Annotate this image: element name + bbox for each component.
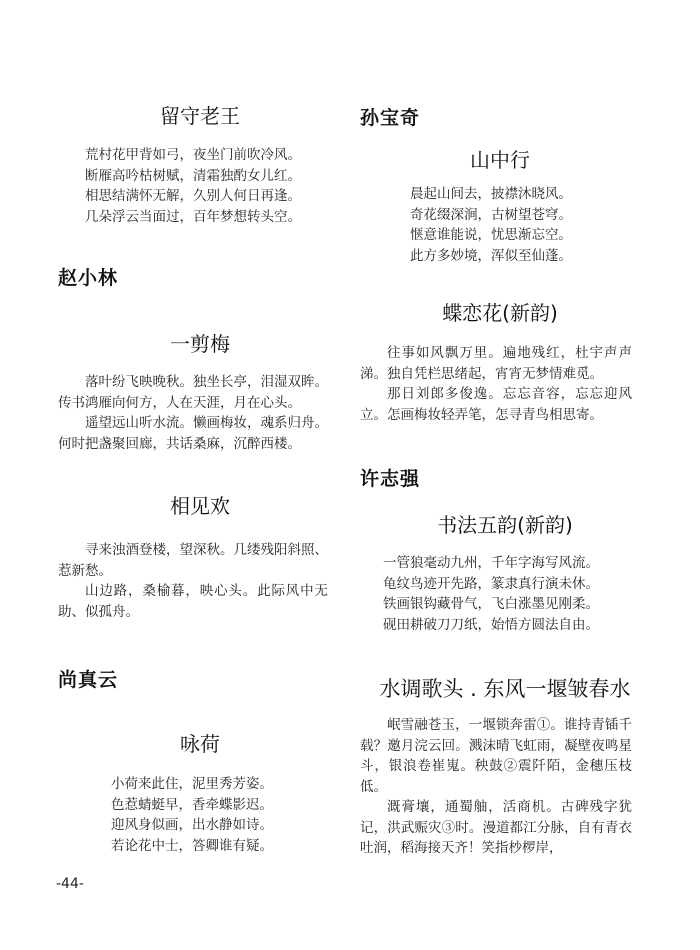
poem-body-shufa-wuyun: 一管狼毫动九州，千年字海写风流。 龟纹鸟迹开先路，篆隶真行演未休。 铁画银钩藏骨…	[383, 553, 599, 635]
poem-title-shufa-wuyun: 书法五韵(新韵)	[360, 512, 650, 538]
stanza: 岷雪融苍玉，一堰锁奔雷①。谁持青锸千载？邀月浣云回。溅沫晴飞虹雨，凝壁夜鸣星斗，…	[360, 715, 632, 797]
stanza: 往事如风飘万里。遍地残红，杜宇声声涕。独自凭栏思绪起，宵宵无梦情难觅。	[360, 343, 632, 384]
verse-line: 断雁高吟枯树赋，清霜独酌女儿红。	[85, 166, 301, 187]
verse-line: 此方多妙境，浑似至仙蓬。	[410, 246, 572, 267]
poem-title-yonghe: 咏荷	[60, 731, 340, 757]
verse-line: 相思结满怀无解，久别人何日再逢。	[85, 186, 301, 207]
verse-line: 若论花中士，答卿谁有疑。	[111, 836, 273, 857]
stanza: 那日刘郎多俊逸。忘忘音容，忘忘迎风立。怎画梅妆轻弄笔，怎寻青鸟相思寄。	[360, 384, 632, 425]
author-name-sun-baoqi: 孙宝奇	[360, 106, 420, 130]
verse-line: 砚田耕破刀刀纸，始悟方圆法自由。	[383, 615, 599, 636]
poem-body-dielianhua: 往事如风飘万里。遍地残红，杜宇声声涕。独自凭栏思绪起，宵宵无梦情难觅。 那日刘郎…	[360, 343, 632, 425]
verse-line: 铁画银钩藏骨气，飞白涨墨见刚柔。	[383, 594, 599, 615]
author-name-zhao-xiaolin: 赵小林	[58, 266, 118, 290]
author-name-xu-zhiqiang: 许志强	[360, 467, 420, 491]
verse-line: 奇花缀深涧，古树望苍穹。	[410, 205, 572, 226]
stanza: 溉膏壤，通蜀舳，活商机。古碑残字犹记，洪武赈灾③时。漫道都江分脉，自有青衣吐润，…	[360, 797, 632, 859]
poem-body-yijianmei: 落叶纷飞映晚秋。独坐长亭，泪湿双眸。传书鸿雁向何方，人在天涯，月在心头。 遥望远…	[58, 372, 328, 454]
author-name-shang-zhenyun: 尚真云	[58, 668, 118, 692]
verse-line: 惬意谁能说，忧思渐忘空。	[410, 225, 572, 246]
stanza: 遥望远山听水流。懒画梅妆，魂系归舟。何时把盏聚回廊，共话桑麻，沉醉西楼。	[58, 413, 328, 454]
poem-body-xiangjianhuan: 寻来浊酒登楼，望深秋。几缕残阳斜照、惹新愁。 山边路，桑榆暮，映心头。此际风中无…	[58, 540, 328, 622]
poem-title-shuidiao-getou: 水调歌头 . 东风一堰皱春水	[360, 676, 650, 702]
poem-title-dielianhua: 蝶恋花(新韵)	[360, 300, 640, 326]
stanza: 山边路，桑榆暮，映心头。此际风中无助、似孤舟。	[58, 581, 328, 622]
poem-body-yonghe: 小荷来此住，泥里秀芳姿。 色惹蜻蜓早，香牵蝶影迟。 迎风身似画，出水静如诗。 若…	[111, 774, 273, 856]
stanza: 落叶纷飞映晚秋。独坐长亭，泪湿双眸。传书鸿雁向何方，人在天涯，月在心头。	[58, 372, 328, 413]
verse-line: 荒村花甲背如弓，夜坐门前吹冷风。	[85, 145, 301, 166]
verse-line: 晨起山间去，披襟沐晓风。	[410, 184, 572, 205]
poem-title-liushou-laowang: 留守老王	[60, 103, 340, 129]
poem-title-yijianmei: 一剪梅	[60, 331, 340, 357]
stanza: 寻来浊酒登楼，望深秋。几缕残阳斜照、惹新愁。	[58, 540, 328, 581]
verse-line: 龟纹鸟迹开先路，篆隶真行演未休。	[383, 574, 599, 595]
poem-title-shanzhongxing: 山中行	[360, 147, 640, 173]
page-number: -44-	[56, 876, 84, 892]
poem-title-xiangjianhuan: 相见欢	[60, 493, 340, 519]
verse-line: 迎风身似画，出水静如诗。	[111, 815, 273, 836]
poem-body-shuidiao-getou: 岷雪融苍玉，一堰锁奔雷①。谁持青锸千载？邀月浣云回。溅沫晴飞虹雨，凝壁夜鸣星斗，…	[360, 715, 632, 859]
verse-line: 几朵浮云当面过，百年梦想转头空。	[85, 207, 301, 228]
verse-line: 色惹蜻蜓早，香牵蝶影迟。	[111, 795, 273, 816]
poem-body-shanzhongxing: 晨起山间去，披襟沐晓风。 奇花缀深涧，古树望苍穹。 惬意谁能说，忧思渐忘空。 此…	[410, 184, 572, 266]
poem-body-liushou-laowang: 荒村花甲背如弓，夜坐门前吹冷风。 断雁高吟枯树赋，清霜独酌女儿红。 相思结满怀无…	[85, 145, 301, 227]
verse-line: 小荷来此住，泥里秀芳姿。	[111, 774, 273, 795]
book-page: 留守老王 荒村花甲背如弓，夜坐门前吹冷风。 断雁高吟枯树赋，清霜独酌女儿红。 相…	[0, 0, 700, 950]
verse-line: 一管狼毫动九州，千年字海写风流。	[383, 553, 599, 574]
